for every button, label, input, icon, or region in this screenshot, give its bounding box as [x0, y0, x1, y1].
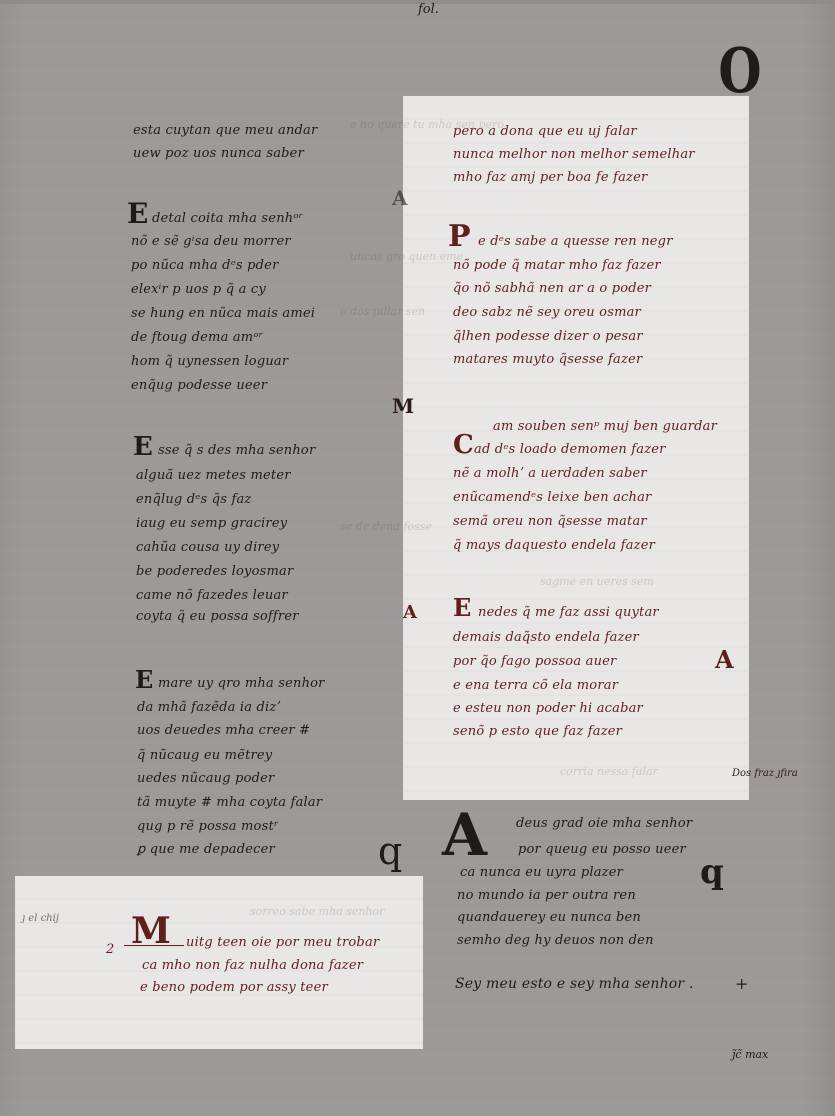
left-stanza2-line: nõ e sẽ gⁱsa deu morrer — [131, 234, 291, 250]
initial-underline — [124, 945, 184, 946]
left-stanza4-line: qug p rẽ possa mostʳ — [137, 819, 279, 835]
left-stanza3-line: coyta q̃ eu possa soffrer — [136, 609, 299, 625]
bottom-left-line: uitg teen oie por meu trobar — [186, 935, 379, 951]
bottom-left-line: e beno podem por assy teer — [140, 980, 328, 996]
right-stanza1-line: mho faz amj per boa fe fazer — [453, 170, 647, 186]
margin-capital: A — [392, 188, 408, 208]
left-stanza2-line: se hung en nũca mais amei — [131, 306, 315, 322]
left-stanza4-line: uedes nũcaug poder — [137, 771, 274, 787]
right-stanza2-line: q̃o nõ sabhã nen ar a o poder — [453, 281, 651, 297]
right-stanza3-line: nẽ a molhʼ a uerdaden saber — [453, 466, 647, 482]
right-stanza4-line: nedes q̃ me faz assi quytar — [478, 605, 659, 621]
stanza-initial: E — [135, 668, 153, 692]
margin-capital: M — [392, 396, 414, 416]
left-stanza4-line: tã muyte # mha coyta falar — [137, 795, 322, 811]
show-through-text: o dos pillar sen — [340, 305, 425, 318]
show-through-text: corria nessa falar — [560, 765, 658, 778]
margin-capital: q — [700, 855, 724, 889]
right-stanza3-line: q̃ mays daquesto endela fazer — [453, 538, 655, 554]
left-stanza1-line: esta cuytan que meu andar — [133, 123, 317, 139]
left-stanza3-line: cahũa cousa uy direy — [136, 540, 279, 556]
right-stanza2-line: q̃lhen podesse dizer o pesar — [453, 329, 643, 345]
bottom-right-closing: Sey meu esto e sey mha senhor . — [455, 976, 694, 992]
stanza-initial: P — [448, 222, 471, 252]
stanza-initial: E — [127, 200, 148, 228]
left-stanza3-line: be poderedes loyosmar — [136, 564, 293, 580]
left-margin-note: ȷ el chij — [22, 913, 59, 924]
left-stanza2-line: hom q̃ uynessen loguar — [131, 354, 288, 370]
header-note: fol. — [418, 2, 439, 17]
left-stanza3-line: alguã uez metes meter — [136, 468, 291, 484]
right-stanza2-line: matares muyto q̃sesse fazer — [453, 352, 642, 368]
left-stanza3-line: enq̃lug dᵉs q̃s faz — [136, 492, 251, 508]
right-stanza2-line: deo sabz nẽ sey oreu osmar — [453, 305, 641, 321]
bottom-right-line: no mundo ia per outra ren — [457, 888, 636, 904]
right-stanza4-line: senõ p esto que faz fazer — [453, 724, 622, 740]
margin-capital: A — [715, 648, 734, 672]
right-stanza3-line: enũcamendᵉs leixe ben achar — [453, 490, 651, 506]
stanza-initial: E — [133, 434, 153, 460]
left-stanza4-line: ꝑ que me depadecer — [137, 842, 275, 858]
bottom-right-line: quandauerey eu nunca ben — [457, 910, 641, 926]
stanza-initial: A — [442, 806, 487, 864]
right-stanza4-line: por q̃o fago possoa auer — [453, 654, 616, 670]
show-through-text: se de dena fosse — [340, 520, 432, 533]
right-stanza1-line: nunca melhor non melhor semelhar — [453, 147, 695, 163]
right-stanza4-line: e ena terra cõ ela morar — [453, 678, 618, 694]
right-stanza3-line: am souben senᵖ muj ben guardar — [493, 419, 717, 435]
bottom-right-line: por queug eu posso ueer — [518, 842, 686, 858]
left-stanza2-line: deta​l coita mha senhᵒʳ — [152, 211, 303, 227]
right-stanza4-line: demais daq̃sto endela fazer — [453, 630, 639, 646]
left-stanza3-line: sse q̃ s des mha senhor — [158, 443, 315, 459]
cross-mark: + — [735, 976, 749, 992]
marker-number: 2 — [106, 942, 114, 957]
bottom-right-line: semho deg hy deuos non den — [457, 933, 654, 949]
manuscript-page: e no quere tu mha sen pero uncas gro que… — [0, 0, 835, 1116]
left-stanza3-line: iaug eu semp gracirey — [136, 516, 287, 532]
folio-letter: O — [718, 40, 761, 102]
right-margin-note: Dos fraz ȷfira — [732, 768, 798, 779]
left-stanza1-line: uew poz uos nunca saber — [133, 146, 304, 162]
right-stanza3-line: ad dᵉs loado demomen fazer — [474, 442, 666, 458]
left-stanza4-line: mare uy qro mha senhor — [158, 676, 325, 692]
left-stanza2-line: elexⁱr p uos p q̃ a cy — [131, 282, 266, 298]
bottom-right-line: deus grad oie mha senhor — [516, 816, 692, 832]
right-stanza1-line: pero a dona que eu uj falar — [453, 124, 637, 140]
prefix-mark: q — [378, 832, 402, 870]
stanza-initial: C — [453, 432, 474, 458]
left-stanza4-line: q̃ nũcaug eu mẽtrey — [137, 748, 272, 764]
right-stanza4-line: e esteu non poder hi acabar — [453, 701, 643, 717]
bottom-right-line: ca nunca eu uyra plazer — [460, 865, 623, 881]
left-stanza3-line: came nõ fazedes leuar — [136, 588, 288, 604]
margin-capital: A — [403, 604, 417, 622]
left-stanza2-line: enq̃ug podesse ueer — [131, 378, 267, 394]
left-stanza2-line: de ftoug dema amᵒʳ — [131, 330, 263, 346]
right-stanza2-line: e dᵉs sabe a quesse ren negr — [478, 234, 673, 250]
left-stanza2-line: po nũca mha dᵉs pder — [131, 258, 278, 274]
bottom-corner-note: ȷ̃c̃ max — [732, 1048, 768, 1061]
right-stanza2-line: nõ pode q̃ matar mho faz fazer — [453, 258, 661, 274]
stanza-initial: M — [131, 913, 171, 949]
right-stanza3-line: semã oreu non q̃sesse matar — [453, 514, 647, 530]
stanza-initial: E — [453, 596, 471, 620]
bottom-left-line: ca mho non faz nulha dona fazer — [142, 958, 363, 974]
show-through-text: uncas gro quen eme — [350, 250, 463, 263]
show-through-text: sorreo sabe mha senhor — [250, 905, 384, 918]
show-through-text: sagme en ueres sem — [540, 575, 654, 588]
left-stanza4-line: uos deuedes mha creer # — [137, 723, 310, 739]
left-stanza4-line: da mhã fazẽda ia dizʼ — [137, 700, 281, 716]
